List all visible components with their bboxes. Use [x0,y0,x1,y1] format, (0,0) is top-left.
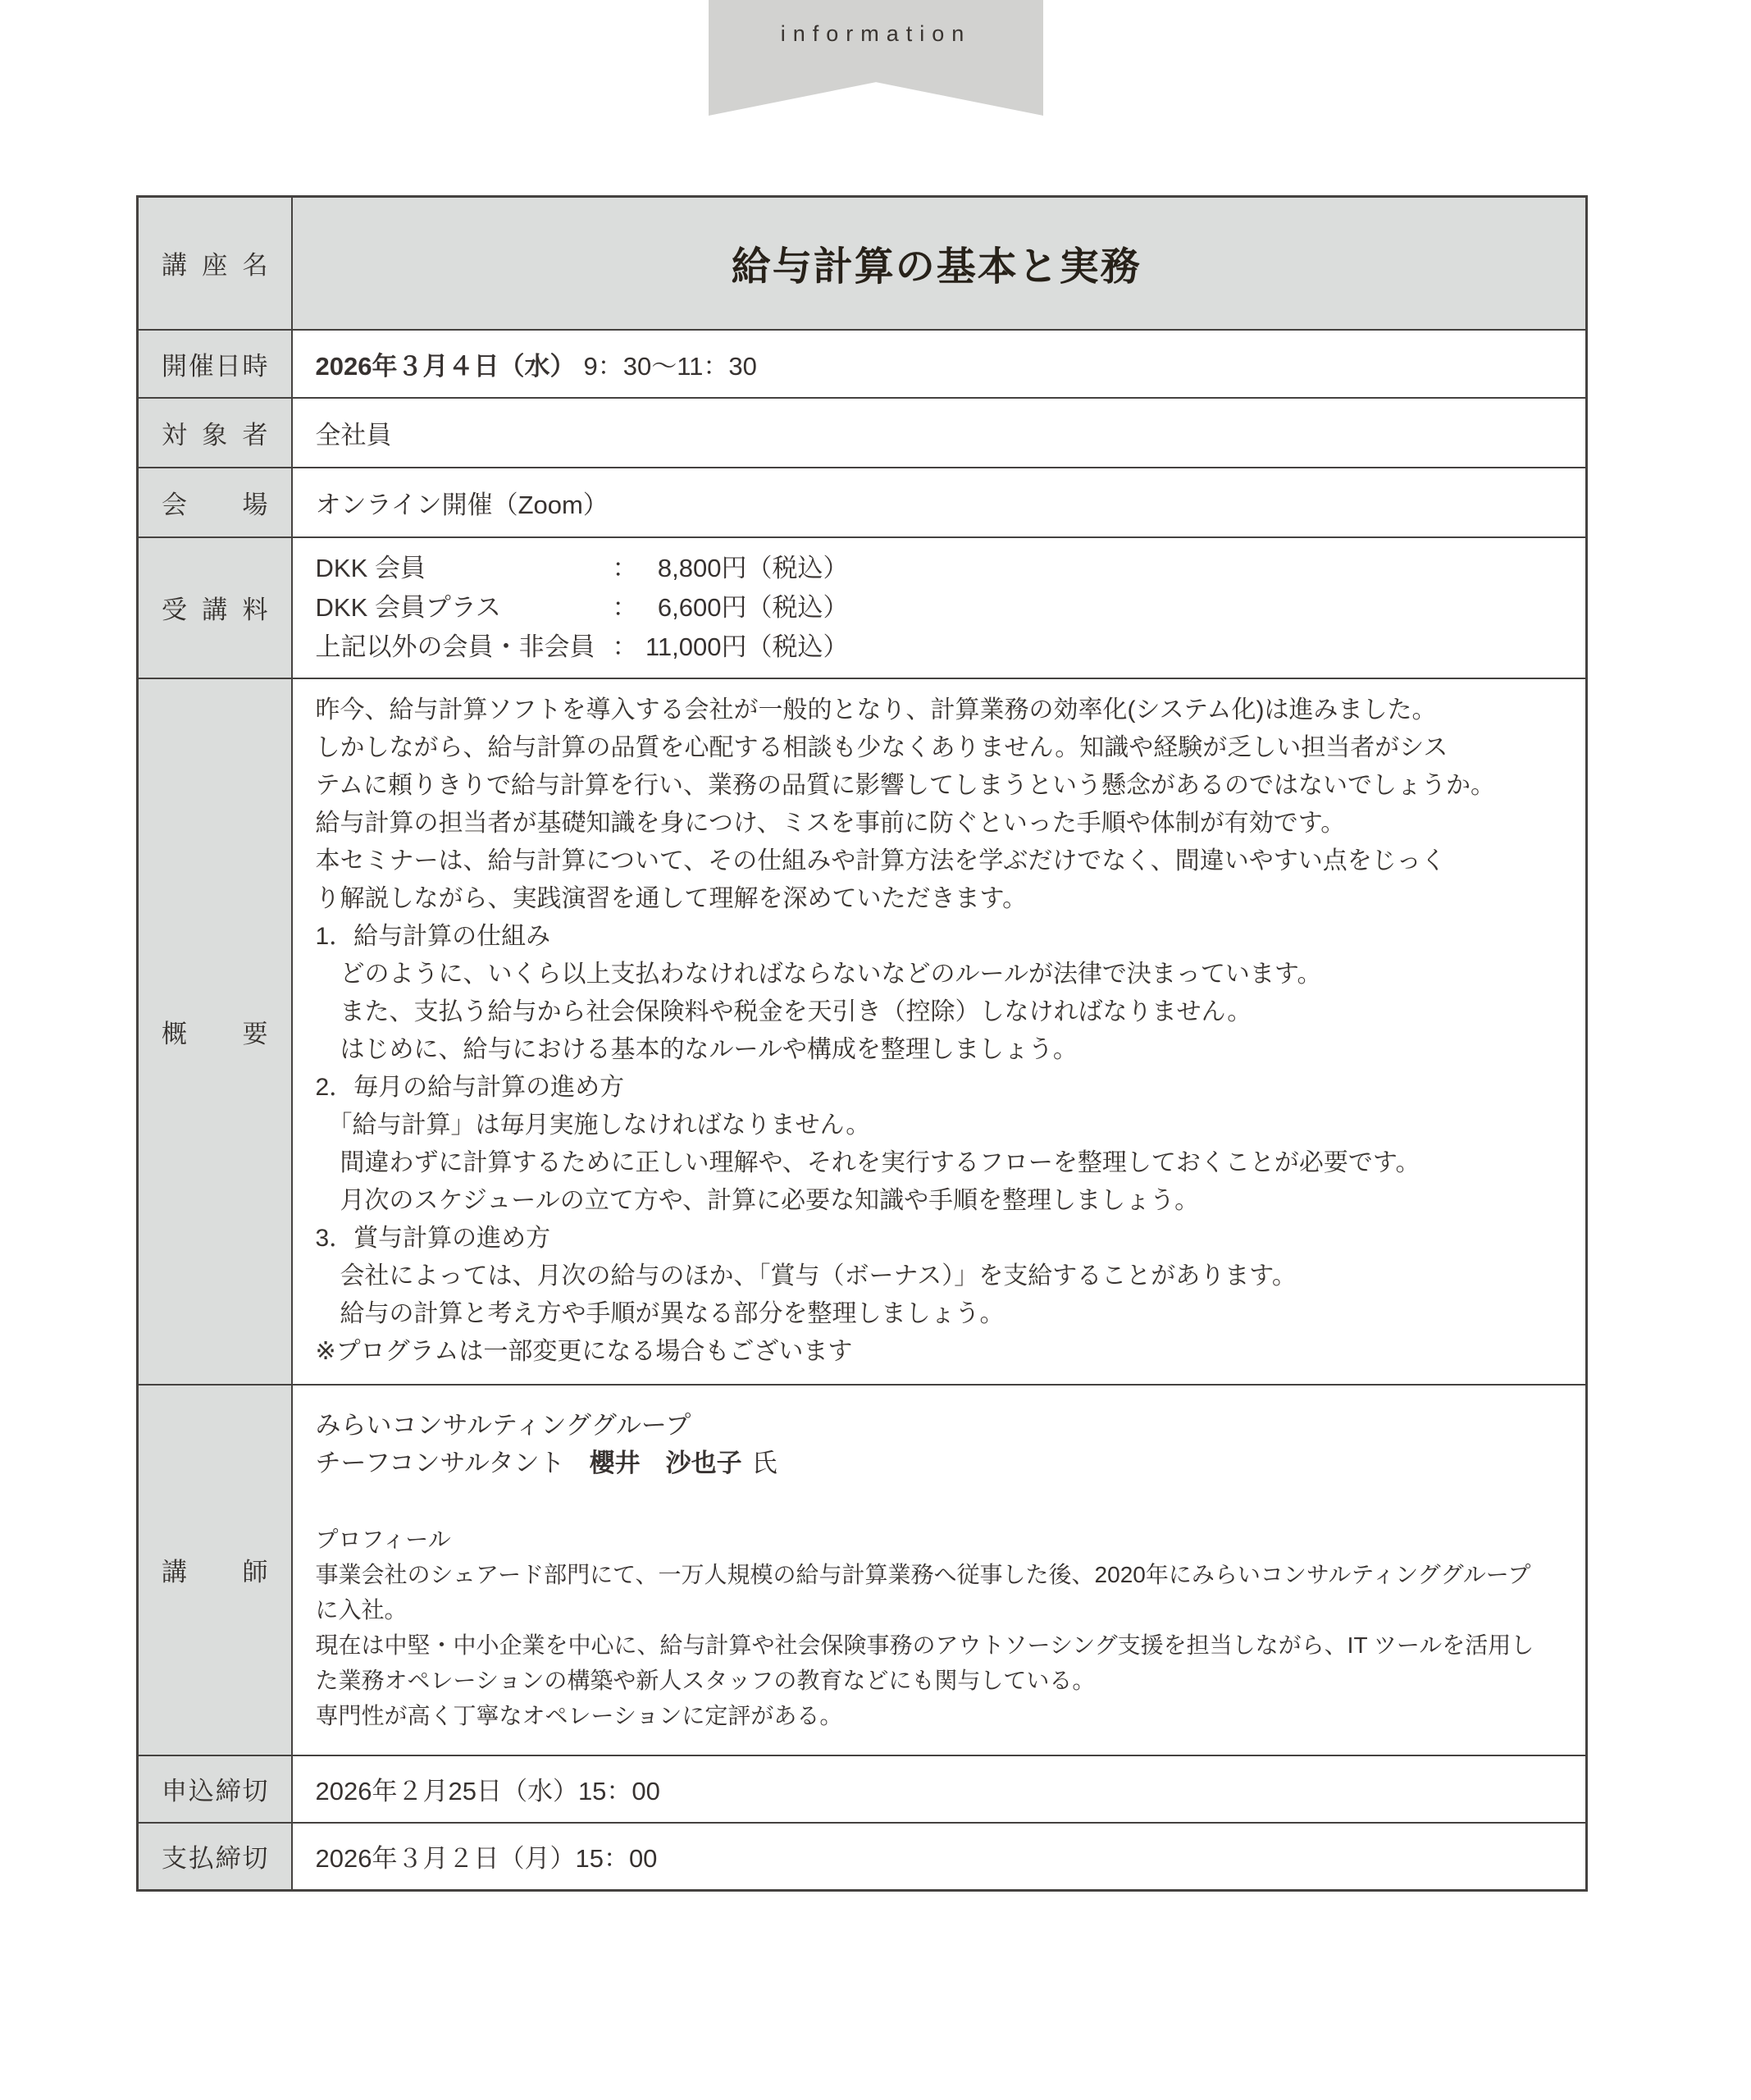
fee-line-member: DKK 会員：8,800円（税込） [316,549,1558,588]
fee-member-plus-name: DKK 会員プラス [316,588,613,628]
row-apply-deadline: 申込締切 2026年２月25日（水）15：00 [138,1755,1587,1823]
fee-colon: ： [613,549,638,588]
row-audience: 対象者 全社員 [138,398,1587,468]
instructor-company: みらいコンサルティンググループ [316,1407,1558,1445]
audience-label: 対象者 [162,414,268,451]
audience-label-cell: 対象者 [138,398,292,468]
instructor-name-line: チーフコンサルタント櫻井 沙也子氏 [316,1445,1558,1482]
payment-deadline-label-cell: 支払締切 [138,1823,292,1891]
venue-label: 会場 [162,484,268,521]
fee-member-suffix: 円（税込） [722,549,849,588]
payment-deadline-label: 支払締切 [162,1837,268,1874]
venue-value: オンライン開催（Zoom） [316,491,609,519]
row-course-name: 講座名 給与計算の基本と実務 [138,197,1587,330]
fee-nonmember-suffix: 円（税込） [722,628,849,667]
fee-colon: ： [613,588,638,628]
fee-label-cell: 受講料 [138,537,292,678]
apply-deadline-value-cell: 2026年２月25日（水）15：00 [292,1755,1587,1823]
instructor-value-cell: みらいコンサルティンググループ チーフコンサルタント櫻井 沙也子氏 プロフィール… [292,1385,1587,1755]
venue-value-cell: オンライン開催（Zoom） [292,468,1587,537]
course-name-label: 講座名 [162,244,268,281]
instructor-label: 講師 [162,1551,268,1588]
fee-value-cell: DKK 会員：8,800円（税込） DKK 会員プラス：6,600円（税込） 上… [292,537,1587,678]
instructor-name: 櫻井 沙也子 [590,1449,742,1477]
instructor-role: チーフコンサルタント [316,1449,565,1477]
ribbon-label: information [781,21,972,47]
datetime-value-cell: 2026年３月４日（水）9：30～11：30 [292,330,1587,398]
row-overview: 概要 昨今、給与計算ソフトを導入する会社が一般的となり、計算業務の効率化(システ… [138,678,1587,1385]
row-session-datetime: 開催日時 2026年３月４日（水）9：30～11：30 [138,330,1587,398]
row-fee: 受講料 DKK 会員：8,800円（税込） DKK 会員プラス：6,600円（税… [138,537,1587,678]
apply-deadline-value: 2026年２月25日（水）15：00 [316,1777,660,1806]
instructor-honorific: 氏 [752,1449,777,1477]
fee-label: 受講料 [162,589,268,626]
fee-line-nonmember: 上記以外の会員・非会員：11,000円（税込） [316,628,1558,667]
fee-member-plus-suffix: 円（税込） [722,588,849,628]
profile-heading: プロフィール [316,1522,1558,1557]
overview-text: 昨今、給与計算ソフトを導入する会社が一般的となり、計算業務の効率化(システム化)… [316,692,1558,1371]
audience-value: 全社員 [316,421,392,450]
fee-member-plus-amount: 6,600 [638,588,722,628]
fee-member-name: DKK 会員 [316,549,613,588]
overview-label: 概要 [162,1013,268,1050]
instructor-label-cell: 講師 [138,1385,292,1755]
fee-member-amount: 8,800 [638,549,722,588]
overview-label-cell: 概要 [138,678,292,1385]
course-name-value-cell: 給与計算の基本と実務 [292,197,1587,330]
apply-deadline-label-cell: 申込締切 [138,1755,292,1823]
payment-deadline-value: 2026年３月２日（月）15：00 [316,1844,658,1873]
row-instructor: 講師 みらいコンサルティンググループ チーフコンサルタント櫻井 沙也子氏 プロフ… [138,1385,1587,1755]
overview-value-cell: 昨今、給与計算ソフトを導入する会社が一般的となり、計算業務の効率化(システム化)… [292,678,1587,1385]
fee-nonmember-name: 上記以外の会員・非会員 [316,628,613,667]
row-payment-deadline: 支払締切 2026年３月２日（月）15：00 [138,1823,1587,1891]
course-title: 給与計算の基本と実務 [316,235,1558,291]
seminar-info-table: 講座名 給与計算の基本と実務 開催日時 2026年３月４日（水）9：30～11：… [136,195,1588,1892]
fee-colon: ： [613,628,638,667]
fee-nonmember-amount: 11,000 [638,628,722,667]
course-name-label-cell: 講座名 [138,197,292,330]
datetime-label: 開催日時 [162,345,268,382]
profile-text: 事業会社のシェアード部門にて、一万人規模の給与計算業務へ従事した後、2020年に… [316,1557,1558,1733]
session-date: 2026年３月４日（水） [316,352,576,381]
information-ribbon: information [709,0,1043,116]
fee-line-member-plus: DKK 会員プラス：6,600円（税込） [316,588,1558,628]
row-venue: 会場 オンライン開催（Zoom） [138,468,1587,537]
venue-label-cell: 会場 [138,468,292,537]
session-time: 9：30～11：30 [583,352,756,381]
datetime-label-cell: 開催日時 [138,330,292,398]
apply-deadline-label: 申込締切 [162,1770,268,1807]
instructor-spacer [316,1482,1558,1522]
audience-value-cell: 全社員 [292,398,1587,468]
payment-deadline-value-cell: 2026年３月２日（月）15：00 [292,1823,1587,1891]
